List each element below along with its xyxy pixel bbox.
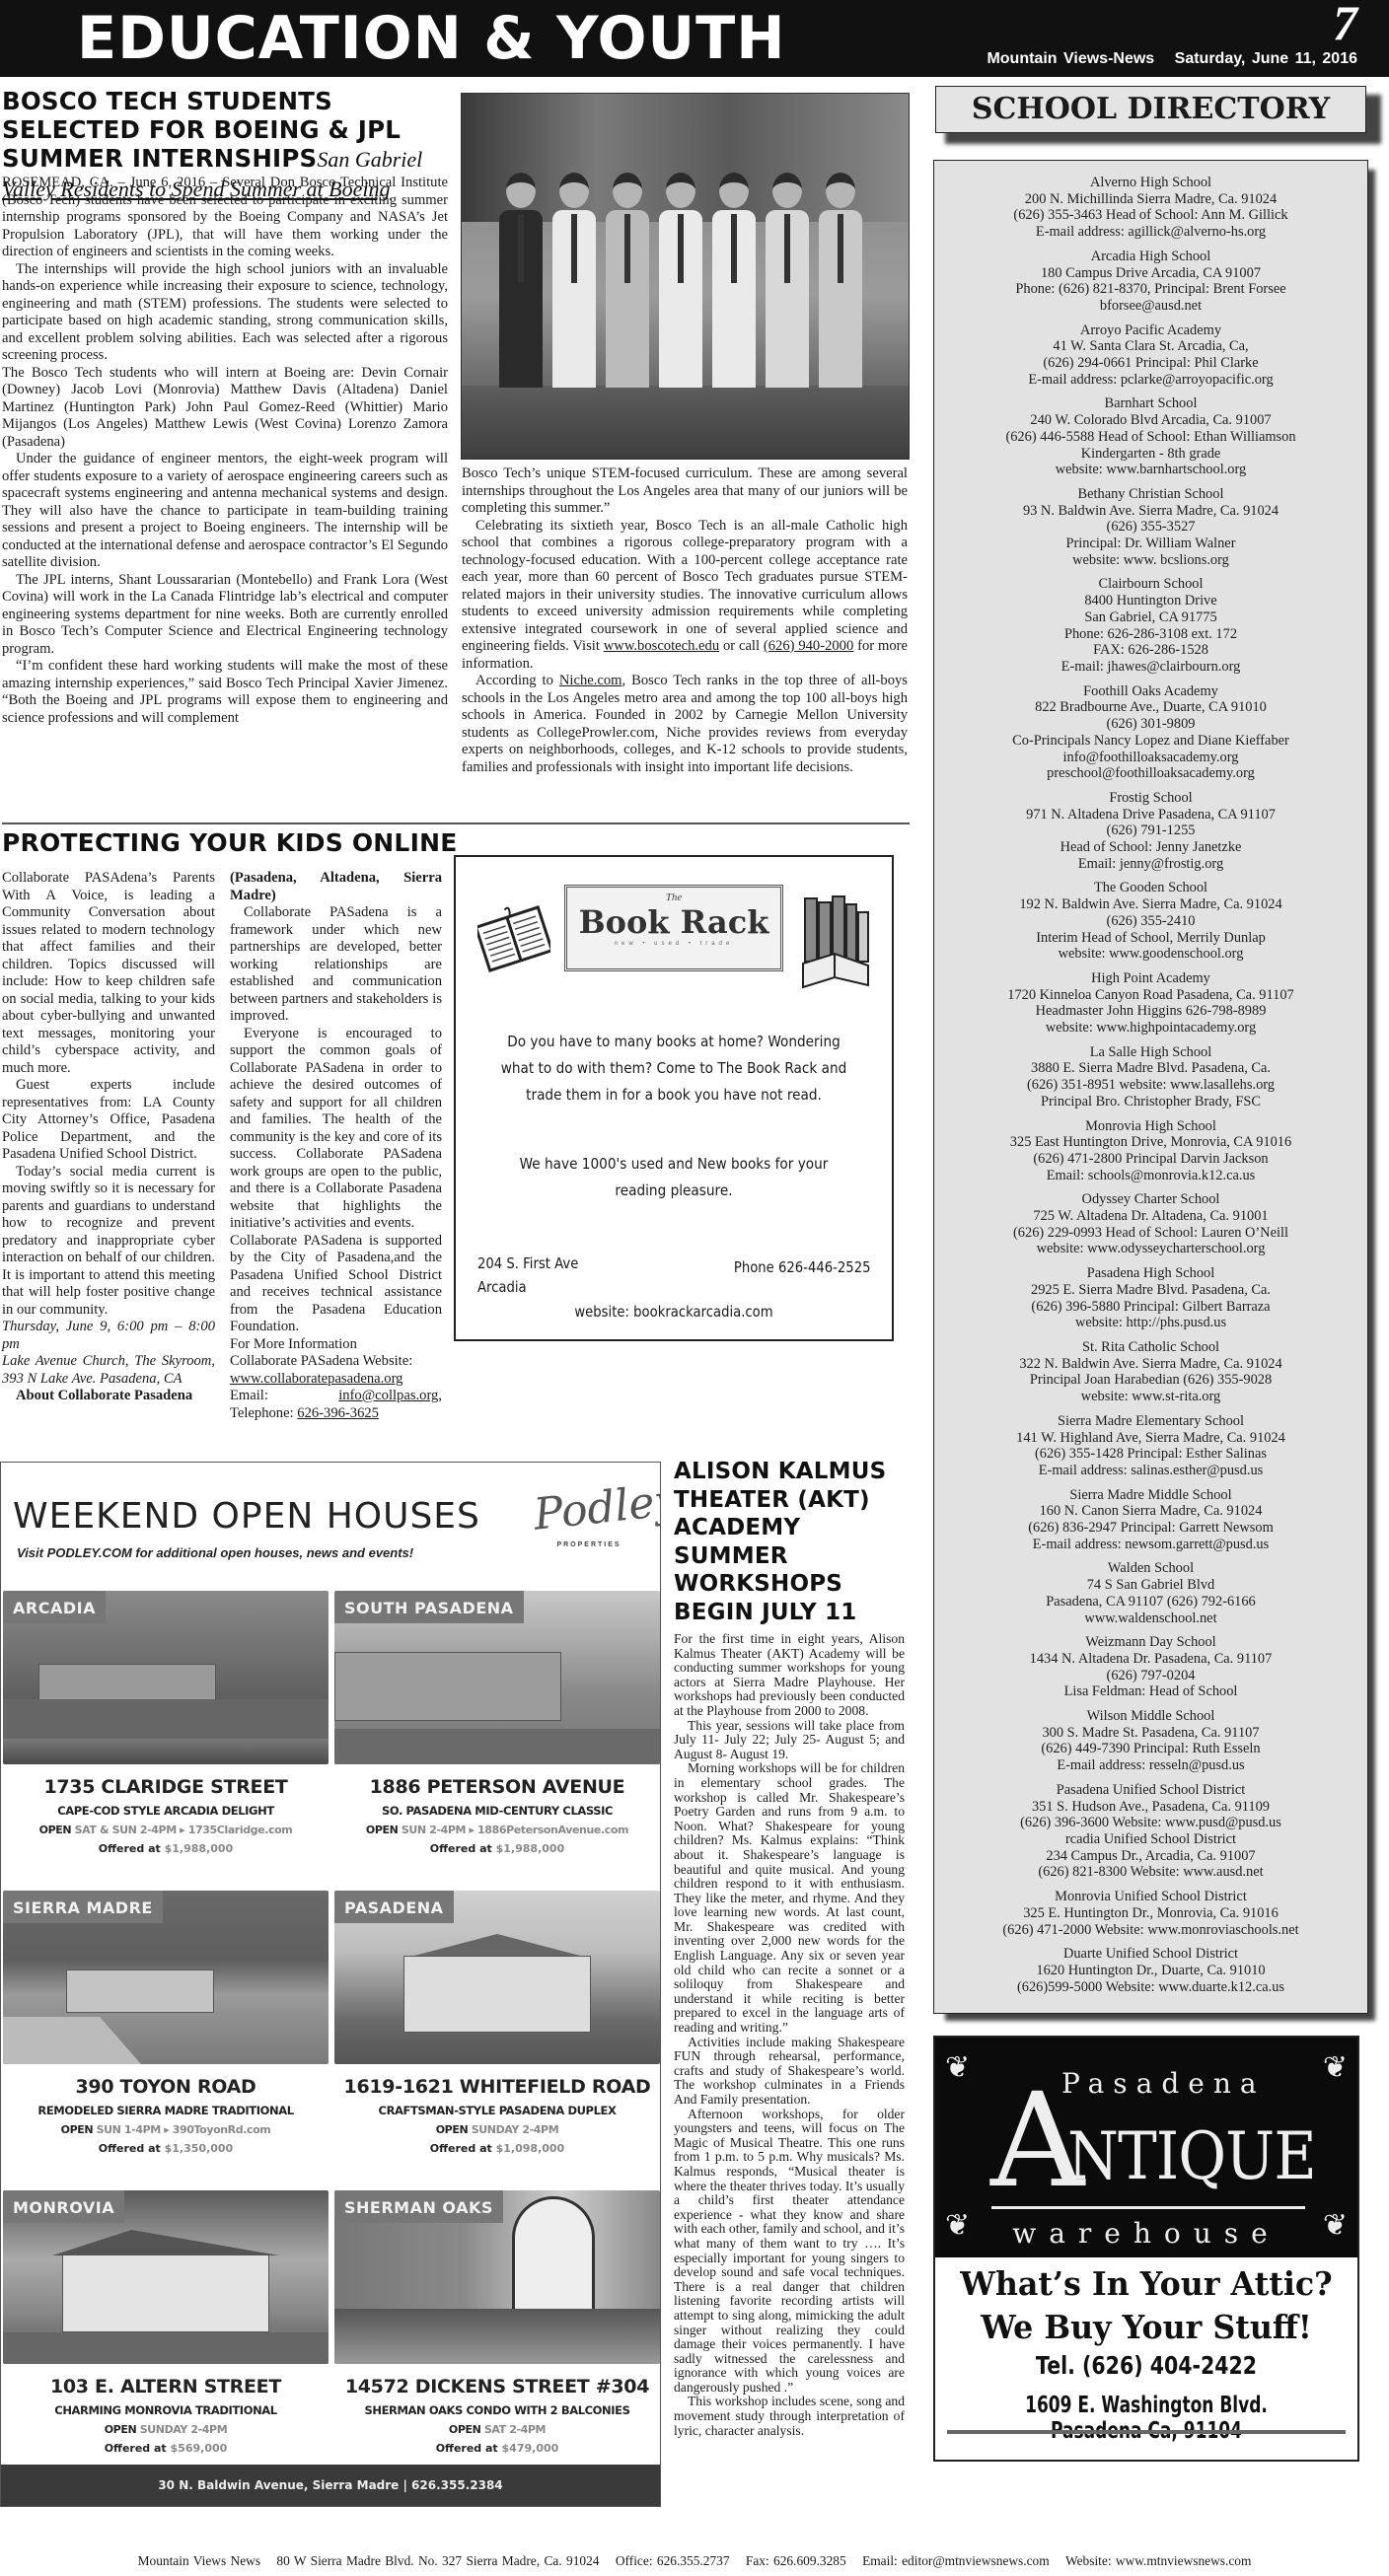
- school-detail: Interim Head of School, Merrily Dunlap: [934, 930, 1367, 947]
- school-detail: 1620 Huntington Dr., Duarte, Ca. 91010: [934, 1963, 1367, 1979]
- podley-visit-line: Visit PODLEY.COM for additional open hou…: [17, 1545, 413, 1560]
- school-detail: (626) 396-5880 Principal: Gilbert Barraz…: [934, 1299, 1367, 1316]
- masthead: EDUCATION & YOUTH 7 Mountain Views-News …: [0, 0, 1389, 77]
- listing-street: 1619-1621 WHITEFIELD ROAD: [334, 2076, 660, 2098]
- bosco-article-col1: ROSEMEAD, CA. – June 6, 2016 – Several D…: [2, 175, 448, 727]
- photo-floor: [462, 386, 909, 459]
- school-name: The Gooden School: [934, 880, 1367, 896]
- driveway: [3, 2017, 141, 2064]
- school-detail: E-mail address: agillick@alverno-hs.org: [934, 224, 1367, 241]
- school-detail: bforsee@ausd.net: [934, 298, 1367, 315]
- school-detail: FAX: 626-286-1528: [934, 642, 1367, 659]
- listing-card: SOUTH PASADENA 1886 PETERSON AVENUE SO. …: [334, 1591, 660, 1855]
- school-detail: (626) 471-2000 Website: www.monroviascho…: [934, 1922, 1367, 1939]
- school-detail: (626) 836-2947 Principal: Garrett Newsom: [934, 1520, 1367, 1537]
- antique-banner: ❦ ❦ ❦ ❦ Pasadena A NTIQUE warehouse: [935, 2038, 1357, 2257]
- podley-open-houses-ad: WEEKEND OPEN HOUSES Visit PODLEY.COM for…: [0, 1462, 661, 2507]
- school-detail: Phone: (626) 821-8370, Principal: Brent …: [934, 281, 1367, 298]
- paragraph: The internships will provide the high sc…: [2, 261, 448, 365]
- bosco-subhead-inline: San Gabriel: [317, 147, 422, 172]
- paragraph: Collaborate PASAdena’s Parents With A Vo…: [2, 870, 215, 1077]
- directory-entry: Arcadia High School180 Campus Drive Arca…: [934, 249, 1367, 315]
- school-detail: website: www.barnhartschool.org: [934, 462, 1367, 478]
- directory-entry: Clairbourn School8400 Huntington DriveSa…: [934, 576, 1367, 675]
- kids-article-col1: Collaborate PASAdena’s Parents With A Vo…: [2, 870, 215, 1405]
- listing-price: Offered at $1,988,000: [334, 1842, 660, 1855]
- school-detail: Co-Principals Nancy Lopez and Diane Kief…: [934, 733, 1367, 750]
- footer-website[interactable]: Website: www.mtnviewsnews.com: [1065, 2553, 1251, 2568]
- paragraph: Today’s social media current is moving s…: [2, 1164, 215, 1320]
- school-detail: 192 N. Baldwin Ave. Sierra Madre, Ca. 91…: [934, 896, 1367, 913]
- school-detail: 93 N. Baldwin Ave. Sierra Madre, Ca. 910…: [934, 503, 1367, 520]
- listing-price: Offered at $1,988,000: [3, 1842, 329, 1855]
- school-detail: 141 W. Highland Ave, Sierra Madre, Ca. 9…: [934, 1430, 1367, 1447]
- antique-phone: Tel. (626) 404-2422: [974, 2351, 1320, 2380]
- footer-office: Office: 626.355.2737: [616, 2553, 730, 2568]
- paragraph: This year, sessions will take place from…: [674, 1719, 905, 1762]
- listing-open-time: OPEN SAT & SUN 2-4PM ▸ 1735Claridge.com: [3, 1824, 329, 1836]
- school-detail: Kindergarten - 8th grade: [934, 446, 1367, 463]
- paragraph: Collaborate PASadena is supported by the…: [230, 1233, 442, 1336]
- paragraph: This workshop includes scene, song and m…: [674, 2395, 905, 2438]
- school-name: Odyssey Charter School: [934, 1191, 1367, 1208]
- floor: [334, 2309, 660, 2364]
- antique-rule: [991, 2206, 1305, 2209]
- paragraph: The Bosco Tech students who will intern …: [2, 365, 448, 452]
- book-stack-icon: [799, 893, 874, 991]
- directory-title: SCHOOL DIRECTORY: [935, 86, 1366, 133]
- listing-photo: MONROVIA: [3, 2190, 329, 2364]
- listing-street: 1886 PETERSON AVENUE: [334, 1776, 660, 1798]
- school-detail: 322 N. Baldwin Ave. Sierra Madre, Ca. 91…: [934, 1356, 1367, 1373]
- directory-entry: Monrovia Unified School District325 E. H…: [934, 1889, 1367, 1938]
- paragraph: Guest experts include representatives fr…: [2, 1077, 215, 1164]
- school-name: Foothill Oaks Academy: [934, 683, 1367, 700]
- school-detail: info@foothilloaksacademy.org: [934, 750, 1367, 766]
- driveway: [334, 1729, 660, 1764]
- directory-entry: Wilson Middle School300 S. Madre St. Pas…: [934, 1708, 1367, 1774]
- school-detail: 325 E. Huntington Dr., Monrovia, Ca. 910…: [934, 1905, 1367, 1922]
- school-detail: Principal: Dr. William Walner: [934, 536, 1367, 552]
- school-name: Pasadena High School: [934, 1265, 1367, 1282]
- antique-slogan: What’s In Your Attic? We Buy Your Stuff!: [944, 2262, 1350, 2349]
- listing-description: REMODELED SIERRA MADRE TRADITIONAL: [3, 2104, 329, 2117]
- bookrack-logo: The Book Rack new • used • trade: [564, 885, 783, 971]
- school-name: Monrovia Unified School District: [934, 1889, 1367, 1905]
- school-detail: 200 N. Michillinda Sierra Madre, Ca. 910…: [934, 191, 1367, 208]
- section-title: EDUCATION & YOUTH: [77, 2, 785, 75]
- ornament-icon: ❦: [945, 2053, 970, 2083]
- student-figure: [712, 173, 756, 390]
- school-detail: website: www.odysseycharterschool.org: [934, 1241, 1367, 1257]
- footer-paper: Mountain Views News: [138, 2553, 260, 2568]
- collaborate-email-link[interactable]: info@collpas.org: [338, 1388, 438, 1403]
- school-detail: E-mail address: newsom.garrett@pusd.us: [934, 1537, 1367, 1553]
- school-name: Barnhart School: [934, 395, 1367, 412]
- listing-open-time: OPEN SUNDAY 2-4PM: [3, 2423, 329, 2436]
- school-detail: 160 N. Canon Sierra Madre, Ca. 91024: [934, 1503, 1367, 1520]
- podley-footer: 30 N. Baldwin Avenue, Sierra Madre | 626…: [1, 2465, 660, 2506]
- directory-entry: Bethany Christian School93 N. Baldwin Av…: [934, 486, 1367, 569]
- school-detail: 240 W. Colorado Blvd Arcadia, Ca. 91007: [934, 412, 1367, 429]
- listing-card: ARCADIA 1735 CLARIDGE STREET CAPE-COD ST…: [3, 1591, 329, 1855]
- school-detail: 74 S San Gabriel Blvd: [934, 1577, 1367, 1594]
- antique-word: NTIQUE: [1067, 2112, 1316, 2201]
- listing-price: Offered at $1,098,000: [334, 2142, 660, 2155]
- school-name: Weizmann Day School: [934, 1634, 1367, 1651]
- antique-underline: [947, 2430, 1346, 2434]
- house-shape: [62, 2254, 269, 2332]
- student-figure: [766, 173, 809, 390]
- listing-open-time: OPEN SUN 2-4PM ▸ 1886PetersonAvenue.com: [334, 1824, 660, 1836]
- more-info-label: For More Information: [230, 1336, 442, 1354]
- school-detail: 1720 Kinneloa Canyon Road Pasadena, Ca. …: [934, 987, 1367, 1004]
- school-directory: Alverno High School200 N. Michillinda Si…: [933, 160, 1368, 2014]
- antique-address: 1609 E. Washington Blvd. Pasadena Ca, 91…: [990, 2393, 1303, 2444]
- school-detail: Email: schools@monrovia.k12.ca.us: [934, 1168, 1367, 1184]
- listing-card: SHERMAN OAKS 14572 DICKENS STREET #304 S…: [334, 2190, 660, 2455]
- student-figure: [819, 173, 862, 390]
- school-detail: 234 Campus Dr., Arcadia, Ca. 91007: [934, 1848, 1367, 1865]
- house-shape: [66, 1969, 214, 2013]
- directory-entry: Weizmann Day School1434 N. Altadena Dr. …: [934, 1634, 1367, 1700]
- bookrack-website: website: bookrackarcadia.com: [482, 1303, 866, 1321]
- kids-article-col2: (Pasadena, Altadena, Sierra Madre) Colla…: [230, 870, 442, 1422]
- school-name: Monrovia High School: [934, 1118, 1367, 1135]
- school-detail: Phone: 626-286-3108 ext. 172: [934, 626, 1367, 643]
- school-detail: 725 W. Altadena Dr. Altadena, Ca. 91001: [934, 1208, 1367, 1225]
- listing-open-time: OPEN SUNDAY 2-4PM: [334, 2123, 660, 2136]
- directory-entry: Pasadena Unified School District351 S. H…: [934, 1782, 1367, 1881]
- directory-entry: St. Rita Catholic School322 N. Baldwin A…: [934, 1339, 1367, 1405]
- school-name: Duarte Unified School District: [934, 1946, 1367, 1963]
- directory-list: Alverno High School200 N. Michillinda Si…: [934, 175, 1367, 2003]
- footer-email[interactable]: Email: editor@mtnviewsnews.com: [862, 2553, 1050, 2568]
- directory-entry: High Point Academy1720 Kinneloa Canyon R…: [934, 970, 1367, 1037]
- listing-street: 14572 DICKENS STREET #304: [334, 2376, 660, 2397]
- student-figure: [499, 173, 543, 390]
- niche-link[interactable]: Niche.com: [559, 673, 622, 688]
- roof-shape: [52, 2230, 279, 2255]
- collaborate-phone-link[interactable]: 626-396-3625: [297, 1405, 379, 1421]
- school-detail: E-mail address: salinas.esther@pusd.us: [934, 1463, 1367, 1479]
- listing-card: SIERRA MADRE 390 TOYON ROAD REMODELED SI…: [3, 1891, 329, 2155]
- school-detail: (626) 301-9809: [934, 716, 1367, 733]
- paragraph: For the first time in eight years, Aliso…: [674, 1632, 905, 1719]
- boscotech-website-link[interactable]: www.boscotech.edu: [604, 638, 719, 654]
- listing-card: MONROVIA 103 E. ALTERN STREET CHARMING M…: [3, 2190, 329, 2455]
- listing-price: Offered at $569,000: [3, 2442, 329, 2455]
- akt-headline: ALISON KALMUS THEATER (AKT) ACADEMY SUMM…: [674, 1458, 911, 1626]
- school-name: Sierra Madre Middle School: [934, 1487, 1367, 1504]
- paragraph: Under the guidance of engineer mentors, …: [2, 451, 448, 572]
- school-detail: website: http://phs.pusd.us: [934, 1315, 1367, 1331]
- school-detail: website: www.highpointacademy.org: [934, 1020, 1367, 1037]
- antique-warehouse-ad: ❦ ❦ ❦ ❦ Pasadena A NTIQUE warehouse What…: [933, 2036, 1359, 2462]
- school-detail: 351 S. Hudson Ave., Pasadena, Ca. 91109: [934, 1799, 1367, 1816]
- listing-open-time: OPEN SUN 1-4PM ▸ 390ToyonRd.com: [3, 2123, 329, 2136]
- antique-pasadena: Pasadena: [1061, 2067, 1266, 2100]
- listing-photo: PASADENA: [334, 1891, 660, 2064]
- directory-entry: La Salle High School3880 E. Sierra Madre…: [934, 1044, 1367, 1110]
- school-detail: 1434 N. Altadena Dr. Pasadena, Ca. 91107: [934, 1651, 1367, 1668]
- directory-entry: Duarte Unified School District1620 Hunti…: [934, 1946, 1367, 1995]
- school-name: High Point Academy: [934, 970, 1367, 987]
- school-detail: (626) 797-0204: [934, 1668, 1367, 1684]
- open-book-icon: [477, 902, 550, 975]
- school-name: Walden School: [934, 1560, 1367, 1577]
- directory-entry: Foothill Oaks Academy822 Bradbourne Ave.…: [934, 683, 1367, 782]
- school-detail: (626) 396-3600 Website: www.pusd@pusd.us: [934, 1815, 1367, 1831]
- school-detail: (626) 355-2410: [934, 913, 1367, 930]
- shrubs: [3, 1699, 329, 1739]
- school-detail: website: www. bcslions.org: [934, 552, 1367, 569]
- collaborate-website-link[interactable]: www.collaboratepasadena.org: [230, 1371, 402, 1387]
- school-detail: rcadia Unified School District: [934, 1831, 1367, 1848]
- listing-photo: SIERRA MADRE: [3, 1891, 329, 2064]
- school-detail: San Gabriel, CA 91775: [934, 609, 1367, 626]
- paragraph: Afternoon workshops, for older youngster…: [674, 2108, 905, 2396]
- page-footer: Mountain Views News 80 W Sierra Madre Bl…: [0, 2553, 1389, 2569]
- bosco-article-col2: Bosco Tech’s unique STEM-focused curricu…: [462, 465, 908, 776]
- bookrack-pitch: Do you have to many books at home? Wonde…: [490, 1029, 856, 1109]
- directory-entry: Barnhart School240 W. Colorado Blvd Arca…: [934, 395, 1367, 478]
- ornament-icon: ❦: [1323, 2053, 1348, 2083]
- listing-card: PASADENA 1619-1621 WHITEFIELD ROAD CRAFT…: [334, 1891, 660, 2155]
- antique-warehouse: warehouse: [935, 2217, 1357, 2250]
- footer-fax: Fax: 626.609.3285: [746, 2553, 846, 2568]
- school-detail: (626) 449-7390 Principal: Ruth Esseln: [934, 1741, 1367, 1757]
- directory-entry: Alverno High School200 N. Michillinda Si…: [934, 175, 1367, 241]
- directory-entry: The Gooden School192 N. Baldwin Ave. Sie…: [934, 880, 1367, 963]
- paragraph: ROSEMEAD, CA. – June 6, 2016 – Several D…: [2, 175, 448, 261]
- directory-entry: Pasadena High School2925 E. Sierra Madre…: [934, 1265, 1367, 1331]
- school-detail: (626) 229-0993 Head of School: Lauren O’…: [934, 1225, 1367, 1242]
- school-name: Arcadia High School: [934, 249, 1367, 265]
- area-heading: (Pasadena, Altadena, Sierra Madre): [230, 870, 442, 904]
- school-detail: 180 Campus Drive Arcadia, CA 91007: [934, 265, 1367, 282]
- school-name: Sierra Madre Elementary School: [934, 1413, 1367, 1430]
- telephone-label: Telephone:: [230, 1405, 294, 1421]
- listing-street: 390 TOYON ROAD: [3, 2076, 329, 2098]
- email-label: Email:: [230, 1388, 268, 1405]
- listing-price: Offered at $479,000: [334, 2442, 660, 2455]
- paragraph: Activities include making Shakespeare FU…: [674, 2036, 905, 2108]
- boscotech-phone-link[interactable]: (626) 940-2000: [764, 638, 853, 654]
- listing-price: Offered at $1,350,000: [3, 2142, 329, 2155]
- school-detail: Principal Bro. Christopher Brady, FSC: [934, 1094, 1367, 1110]
- school-detail: 822 Bradbourne Ave., Duarte, CA 91010: [934, 699, 1367, 716]
- paragraph: Bosco Tech’s unique STEM-focused curricu…: [462, 465, 908, 518]
- directory-entry: Sierra Madre Middle School160 N. Canon S…: [934, 1487, 1367, 1553]
- school-name: La Salle High School: [934, 1044, 1367, 1061]
- school-name: Pasadena Unified School District: [934, 1782, 1367, 1799]
- school-detail: (626) 294-0661 Principal: Phil Clarke: [934, 355, 1367, 372]
- school-detail: (626) 791-1255: [934, 823, 1367, 839]
- page-number: 7: [1333, 0, 1357, 51]
- paragraph: Everyone is encouraged to support the co…: [230, 1026, 442, 1233]
- podley-logo: Podley PROPERTIES: [534, 1478, 644, 1573]
- school-detail: (626) 446-5588 Head of School: Ethan Wil…: [934, 429, 1367, 446]
- website-label: Collaborate PASadena Website:: [230, 1353, 442, 1371]
- directory-entry: Arroyo Pacific Academy41 W. Santa Clara …: [934, 322, 1367, 389]
- akt-article: For the first time in eight years, Aliso…: [674, 1632, 905, 2438]
- school-detail: 41 W. Santa Clara St. Arcadia, Ca,: [934, 338, 1367, 355]
- listing-photo: SOUTH PASADENA: [334, 1591, 660, 1764]
- school-name: St. Rita Catholic School: [934, 1339, 1367, 1356]
- school-detail: (626) 355-3463 Head of School: Ann M. Gi…: [934, 207, 1367, 224]
- footer-address: 80 W Sierra Madre Blvd. No. 327 Sierra M…: [276, 2553, 599, 2568]
- about-heading: About Collaborate Pasadena: [2, 1388, 215, 1405]
- lawn: [3, 2332, 329, 2364]
- school-name: Bethany Christian School: [934, 486, 1367, 503]
- listing-street: 103 E. ALTERN STREET: [3, 2376, 329, 2397]
- event-place: Lake Avenue Church, The Skyroom, 393 N L…: [2, 1353, 215, 1388]
- paragraph: “I’m confident these hard working studen…: [2, 658, 448, 727]
- paragraph: The JPL interns, Shant Loussararian (Mon…: [2, 572, 448, 659]
- student-figure: [552, 173, 596, 390]
- student-figure: [659, 173, 702, 390]
- masthead-subline: Mountain Views-News Saturday, June 11, 2…: [987, 50, 1357, 68]
- school-detail: www.waldenschool.net: [934, 1610, 1367, 1627]
- school-detail: (626) 355-1428 Principal: Esther Salinas: [934, 1446, 1367, 1463]
- roof-shape: [394, 1934, 601, 1956]
- school-detail: 971 N. Altadena Drive Pasadena, CA 91107: [934, 807, 1367, 823]
- school-detail: 2925 E. Sierra Madre Blvd. Pasadena, Ca.: [934, 1282, 1367, 1299]
- school-detail: (626) 355-3527: [934, 519, 1367, 536]
- bookrack-inventory: We have 1000's used and New books for yo…: [517, 1151, 832, 1204]
- school-name: Wilson Middle School: [934, 1708, 1367, 1725]
- school-detail: 300 S. Madre St. Pasadena, Ca. 91107: [934, 1725, 1367, 1742]
- school-detail: E-mail address: resseln@pusd.us: [934, 1757, 1367, 1774]
- kids-headline: PROTECTING YOUR KIDS ONLINE: [2, 828, 457, 858]
- school-detail: (626) 471-2800 Principal Darvin Jackson: [934, 1151, 1367, 1168]
- directory-entry: Sierra Madre Elementary School141 W. Hig…: [934, 1413, 1367, 1479]
- directory-entry: Odyssey Charter School725 W. Altadena Dr…: [934, 1191, 1367, 1257]
- listing-photo: SHERMAN OAKS: [334, 2190, 660, 2364]
- school-detail: 8400 Huntington Drive: [934, 593, 1367, 609]
- listing-description: SHERMAN OAKS CONDO WITH 2 BALCONIES: [334, 2403, 660, 2417]
- section-divider: [2, 823, 910, 824]
- school-detail: (626) 821-8300 Website: www.ausd.net: [934, 1864, 1367, 1881]
- school-name: Alverno High School: [934, 175, 1367, 191]
- directory-entry: Walden School74 S San Gabriel BlvdPasade…: [934, 1560, 1367, 1626]
- paragraph: Collaborate PASadena is a framework unde…: [230, 904, 442, 1026]
- listing-street: 1735 CLARIDGE STREET: [3, 1776, 329, 1798]
- issue-date: Saturday, June 11, 2016: [1175, 50, 1357, 67]
- paragraph: According to Niche.com, Bosco Tech ranks…: [462, 673, 908, 776]
- school-detail: 325 East Huntington Drive, Monrovia, CA …: [934, 1134, 1367, 1151]
- school-name: Clairbourn School: [934, 576, 1367, 593]
- listing-photo: ARCADIA: [3, 1591, 329, 1764]
- school-detail: (626)599-5000 Website: www.duarte.k12.ca…: [934, 1979, 1367, 1996]
- bookrack-address: 204 S. First Ave Arcadia: [477, 1252, 578, 1299]
- school-detail: E-mail address: pclarke@arroyopacific.or…: [934, 372, 1367, 389]
- listing-description: CRAFTSMAN-STYLE PASADENA DUPLEX: [334, 2104, 660, 2117]
- event-time: Thursday, June 9, 6:00 pm – 8:00 pm: [2, 1319, 215, 1353]
- bosco-students-photo: [461, 93, 910, 460]
- school-detail: 3880 E. Sierra Madre Blvd. Pasadena, Ca.: [934, 1060, 1367, 1077]
- school-detail: preschool@foothilloaksacademy.org: [934, 765, 1367, 782]
- school-detail: Headmaster John Higgins 626-798-8989: [934, 1003, 1367, 1020]
- student-figure: [606, 173, 649, 390]
- bookrack-phone: Phone 626-446-2525: [733, 1258, 870, 1276]
- listing-description: SO. PASADENA MID-CENTURY CLASSIC: [334, 1804, 660, 1818]
- school-detail: Head of School: Jenny Janetzke: [934, 839, 1367, 856]
- directory-entry: Monrovia High School325 East Huntington …: [934, 1118, 1367, 1184]
- paragraph: Morning workshops will be for children i…: [674, 1761, 905, 2035]
- bookrack-ad: The Book Rack new • used • trade Do you …: [454, 855, 894, 1341]
- podley-title: WEEKEND OPEN HOUSES: [13, 1496, 480, 1537]
- school-detail: Email: jenny@frostig.org: [934, 856, 1367, 873]
- school-detail: Pasadena, CA 91107 (626) 792-6166: [934, 1594, 1367, 1610]
- paragraph: Celebrating its sixtieth year, Bosco Tec…: [462, 518, 908, 674]
- listing-description: CHARMING MONROVIA TRADITIONAL: [3, 2403, 329, 2417]
- publication-name: Mountain Views-News: [987, 50, 1154, 67]
- school-detail: (626) 351-8951 website: www.lasallehs.or…: [934, 1077, 1367, 1094]
- listing-description: CAPE-COD STYLE ARCADIA DELIGHT: [3, 1804, 329, 1818]
- school-name: Arroyo Pacific Academy: [934, 322, 1367, 339]
- school-detail: Lisa Feldman: Head of School: [934, 1683, 1367, 1700]
- school-detail: Principal Joan Harabedian (626) 355-9028: [934, 1372, 1367, 1389]
- school-name: Frostig School: [934, 790, 1367, 807]
- school-detail: website: www.goodenschool.org: [934, 946, 1367, 963]
- listing-open-time: OPEN SAT 2-4PM: [334, 2423, 660, 2436]
- house-shape: [403, 1956, 591, 2033]
- directory-entry: Frostig School971 N. Altadena Drive Pasa…: [934, 790, 1367, 873]
- house-shape: [334, 1652, 561, 1721]
- school-detail: E-mail: jhawes@clairbourn.org: [934, 659, 1367, 676]
- school-detail: website: www.st-rita.org: [934, 1389, 1367, 1405]
